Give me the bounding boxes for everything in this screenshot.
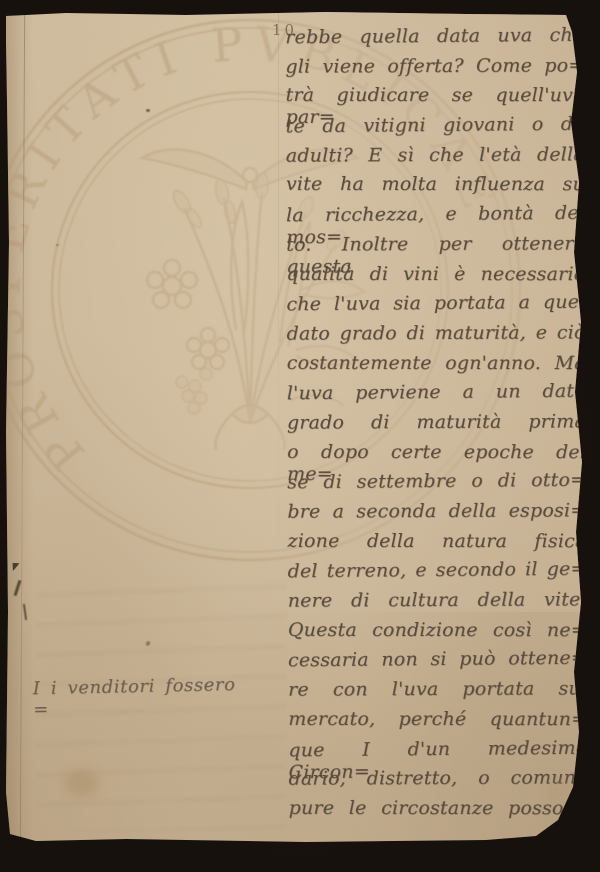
seal-flower-icon bbox=[147, 260, 197, 308]
manuscript-line: to. Inoltre per ottenere questa bbox=[286, 232, 585, 263]
margin-ink-mark bbox=[23, 604, 27, 620]
manuscript-line: l'uva perviene a un dato bbox=[287, 380, 586, 412]
manuscript-line: costantemente ogn'anno. Ma bbox=[287, 351, 586, 381]
manuscript-line: se di settembre o di otto= bbox=[287, 469, 586, 501]
manuscript-line: pure le circostanze possono bbox=[289, 797, 588, 827]
manuscript-page: PROSPERITATI PVBLICAE bbox=[6, 12, 584, 842]
manuscript-line: o dopo certe epoche del me= bbox=[287, 440, 586, 470]
manuscript-line: zione della natura fisica bbox=[288, 530, 587, 560]
manuscript-line: que I d'un medesimo Circon= bbox=[288, 736, 587, 768]
ink-speck bbox=[146, 109, 150, 112]
manuscript-line: del terreno, e secondo il ge= bbox=[288, 558, 587, 590]
manuscript-line: dario, distretto, o comune bbox=[288, 767, 587, 798]
manuscript-line: cessaria non si può ottene= bbox=[288, 647, 587, 679]
manuscript-line: gli viene offerta? Come po= bbox=[285, 54, 584, 85]
seal-flower-icon bbox=[187, 328, 229, 369]
manuscript-text: rebbe quella data uva chegli viene offer… bbox=[285, 24, 587, 827]
margin-fold-line bbox=[278, 12, 279, 593]
paper-stain bbox=[64, 770, 98, 796]
manuscript-line: adulti? E sì che l'età della bbox=[286, 143, 585, 174]
manuscript-line: vite ha molta influenza su bbox=[286, 173, 585, 203]
manuscript-line: grado di maturità prima bbox=[287, 410, 586, 441]
manuscript-line: re con l'uva portata sul bbox=[288, 677, 587, 708]
seal-grapes-icon bbox=[176, 368, 212, 414]
manuscript-line: qualità di vini è necessario bbox=[286, 262, 585, 292]
manuscript-line: rebbe quella data uva che bbox=[285, 24, 584, 56]
manuscript-line: Questa condizione così ne= bbox=[288, 619, 587, 649]
scanner-mat: PROSPERITATI PVBLICAE bbox=[0, 0, 600, 872]
manuscript-line: trà giudicare se quell'uva par= bbox=[286, 84, 585, 114]
manuscript-line: dato grado di maturità, e ciò bbox=[287, 321, 586, 352]
manuscript-line: la ricchezza, e bontà del mos= bbox=[286, 202, 585, 234]
manuscript-line: mercato, perché quantun= bbox=[288, 708, 587, 738]
manuscript-line: bre a seconda della esposi= bbox=[287, 499, 586, 530]
manuscript-line: che l'uva sia portata a quel bbox=[286, 291, 585, 323]
manuscript-line: nere di cultura della vite. bbox=[288, 588, 587, 619]
ink-speck bbox=[145, 640, 151, 646]
margin-note: I i venditori fossero = bbox=[33, 674, 249, 720]
ink-speck bbox=[56, 244, 59, 246]
manuscript-line: te da vitigni giovani o da bbox=[286, 113, 585, 145]
